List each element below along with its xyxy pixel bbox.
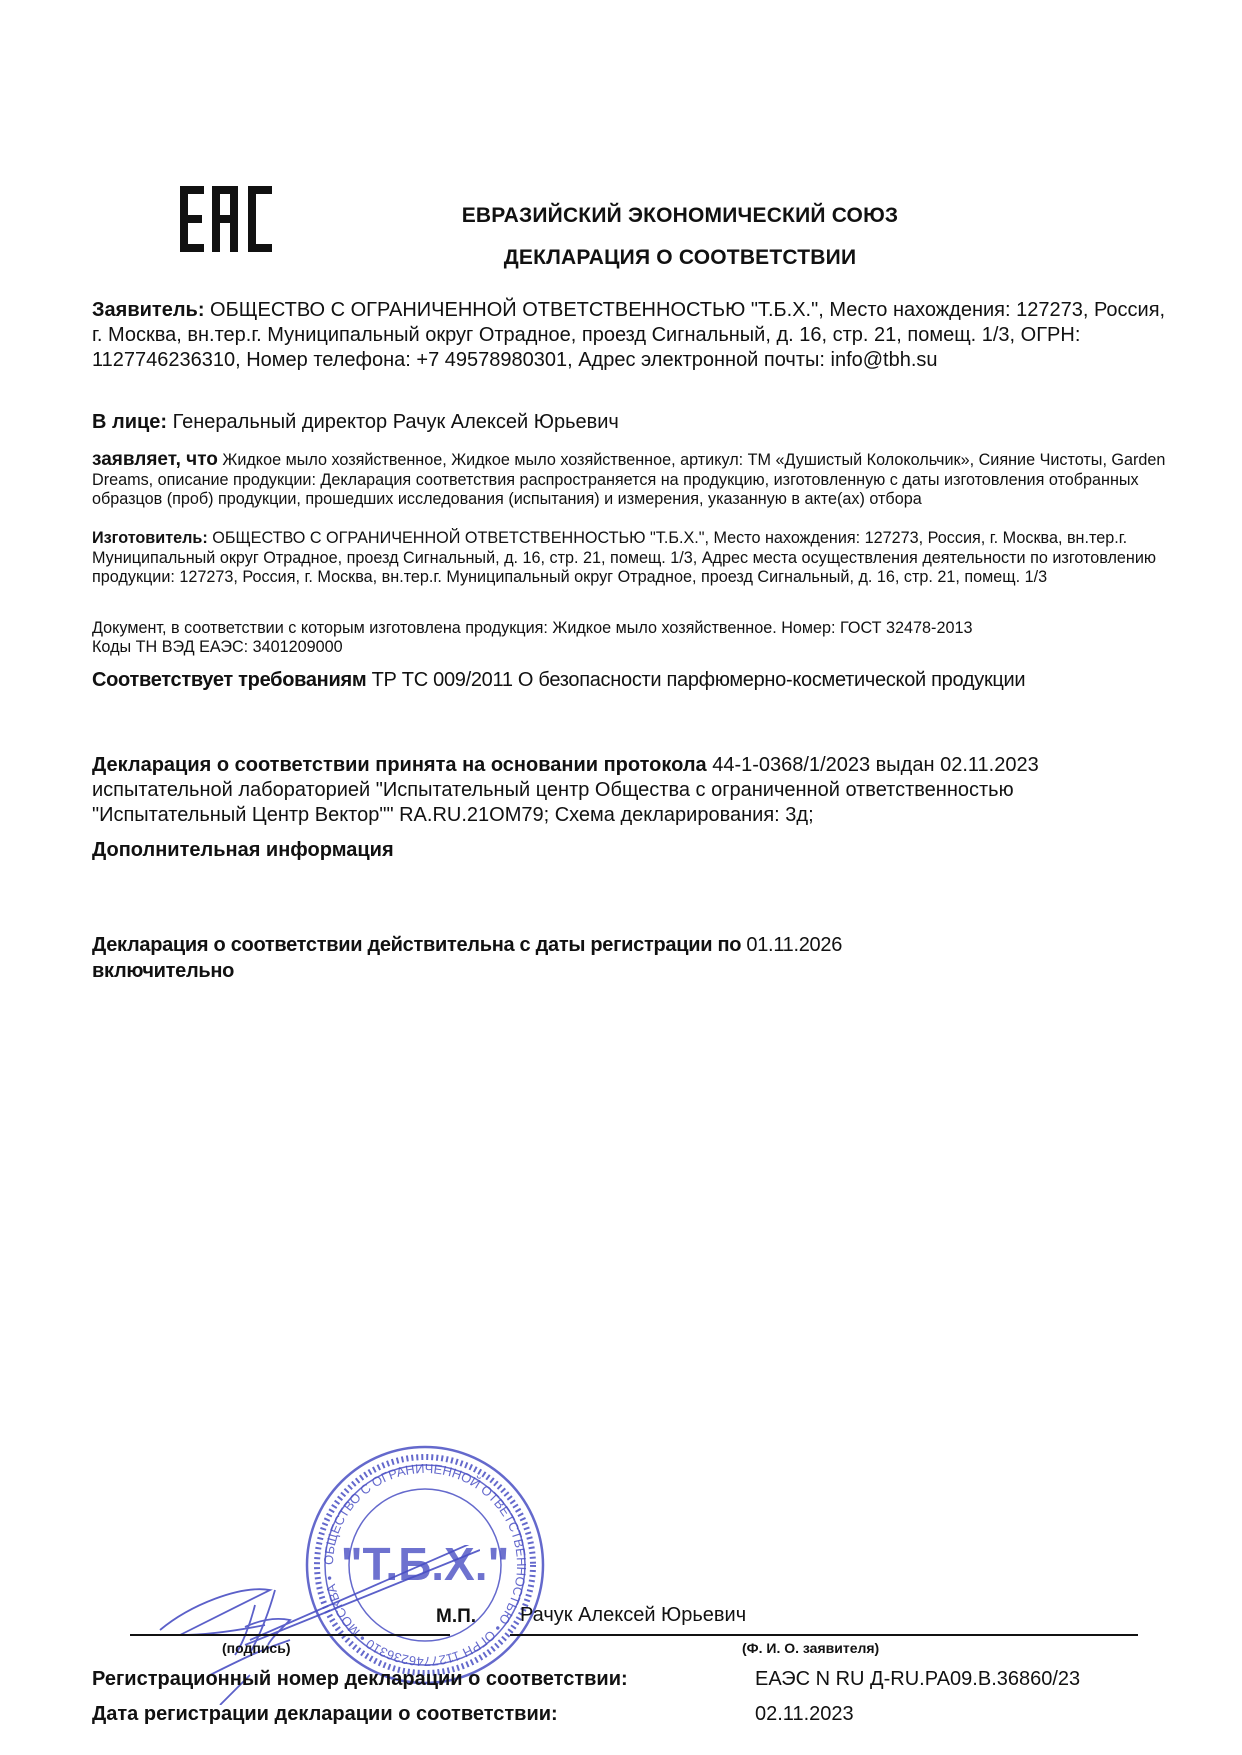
complies-label: Соответствует требованиям xyxy=(92,669,366,691)
registration-number-value: ЕАЭС N RU Д-RU.РА09.В.36860/23 xyxy=(755,1668,1080,1691)
complies-block: Соответствует требованиям ТР ТС 009/2011… xyxy=(92,667,1172,693)
hs-codes: Коды ТН ВЭД ЕАЭС: 3401209000 xyxy=(92,638,1172,658)
declares-label: заявляет, что xyxy=(92,449,218,470)
manufacturer-text: ОБЩЕСТВО С ОГРАНИЧЕННОЙ ОТВЕТСТВЕННОСТЬЮ… xyxy=(92,529,1156,586)
representative-block: В лице: Генеральный директор Рачук Алекс… xyxy=(92,410,1172,435)
validity-date: 01.11.2026 xyxy=(741,934,842,956)
validity-block: Декларация о соответствии действительна … xyxy=(92,932,1172,984)
signature-caption: (подпись) xyxy=(222,1640,291,1656)
name-line xyxy=(510,1634,1138,1636)
registration-number-label: Регистрационный номер декларации о соотв… xyxy=(92,1668,628,1691)
applicant-text: ОБЩЕСТВО С ОГРАНИЧЕННОЙ ОТВЕТСТВЕННОСТЬЮ… xyxy=(92,299,1165,371)
validity-suffix: включительно xyxy=(92,960,234,982)
eac-logo xyxy=(180,186,272,252)
additional-info-label: Дополнительная информация xyxy=(92,838,1172,863)
validity-label: Декларация о соответствии действительна … xyxy=(92,934,741,956)
signature-line xyxy=(130,1634,450,1636)
representative-text: Генеральный директор Рачук Алексей Юрьев… xyxy=(167,411,619,433)
applicant-block: Заявитель: ОБЩЕСТВО С ОГРАНИЧЕННОЙ ОТВЕТ… xyxy=(92,298,1172,373)
basis-block: Декларация о соответствии принята на осн… xyxy=(92,753,1172,828)
representative-label: В лице: xyxy=(92,411,167,433)
standard-document: Документ, в соответствии с которым изгот… xyxy=(92,619,1172,639)
mp-label: М.П. xyxy=(436,1606,476,1628)
union-title: ЕВРАЗИЙСКИЙ ЭКОНОМИЧЕСКИЙ СОЮЗ xyxy=(300,204,1060,228)
complies-text: ТР ТС 009/2011 О безопасности парфюмерно… xyxy=(366,669,1025,691)
signer-name: Рачук Алексей Юрьевич xyxy=(520,1604,746,1627)
applicant-label: Заявитель: xyxy=(92,299,205,321)
document-title: ДЕКЛАРАЦИЯ О СООТВЕТСТВИИ xyxy=(300,246,1060,270)
basis-label: Декларация о соответствии принята на осн… xyxy=(92,754,707,776)
registration-date-label: Дата регистрации декларации о соответств… xyxy=(92,1703,558,1726)
manufacturer-label: Изготовитель: xyxy=(92,529,208,547)
declares-block: заявляет, что Жидкое мыло хозяйственное,… xyxy=(92,450,1172,510)
manufacturer-block: Изготовитель: ОБЩЕСТВО С ОГРАНИЧЕННОЙ ОТ… xyxy=(92,529,1172,588)
declares-text: Жидкое мыло хозяйственное, Жидкое мыло х… xyxy=(92,451,1165,508)
name-caption: (Ф. И. О. заявителя) xyxy=(742,1640,879,1656)
registration-date-value: 02.11.2023 xyxy=(755,1703,854,1726)
